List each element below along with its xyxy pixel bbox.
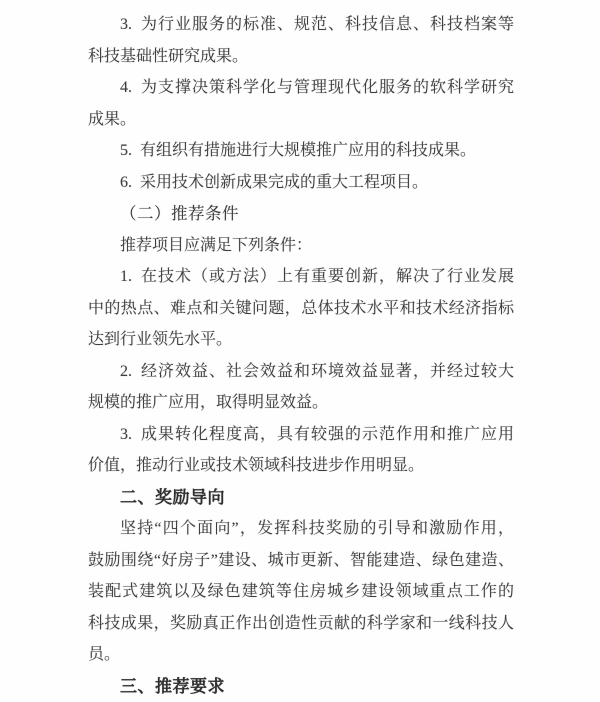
paragraph-item-6: 6. 采用技术创新成果完成的重大工程项目。 [88,167,514,199]
document-line: 科技成果，奖励真正作出创造性贡献的科学家和一线科技人 [88,608,514,640]
paragraph-item-4: 4. 为支撑决策科学化与管理现代化服务的软科学研究 成果。 [88,72,514,135]
document-line: 达到行业领先水平。 [88,324,514,356]
document-line: 1. 在技术（或方法）上有重要创新，解决了行业发展 [88,261,514,293]
paragraph-item-3: 3. 为行业服务的标准、规范、科技信息、科技档案等 科技基础性研究成果。 [88,9,514,72]
document-line: 价值，推动行业或技术领域科技进步作用明显。 [88,450,514,482]
paragraph-conditions-intro: 推荐项目应满足下列条件： [88,230,514,262]
document-line: 鼓励围绕“好房子”建设、城市更新、智能建造、绿色建造、 [88,545,514,577]
document-line: 3. 为行业服务的标准、规范、科技信息、科技档案等 [88,9,514,41]
document-line: 5. 有组织有措施进行大规模推广应用的科技成果。 [88,135,514,167]
heading-recommend-requirements: 三、推荐要求 [88,671,514,702]
paragraph-item-5: 5. 有组织有措施进行大规模推广应用的科技成果。 [88,135,514,167]
document-line: 科技基础性研究成果。 [88,41,514,73]
paragraph-award-orientation-body: 坚持“四个面向”，发挥科技奖励的引导和激励作用， 鼓励围绕“好房子”建设、城市更… [88,513,514,671]
paragraph-condition-1: 1. 在技术（或方法）上有重要创新，解决了行业发展 中的热点、难点和关键问题，总… [88,261,514,356]
paragraph-condition-2: 2. 经济效益、社会效益和环境效益显著，并经过较大 规模的推广应用，取得明显效益… [88,356,514,419]
heading-text: 二、奖励导向 [88,482,514,514]
subheading-text: （二）推荐条件 [88,198,514,230]
document-line: 3. 成果转化程度高，具有较强的示范作用和推广应用 [88,419,514,451]
document-line: 员。 [88,639,514,671]
heading-award-orientation: 二、奖励导向 [88,482,514,514]
document-line: 2. 经济效益、社会效益和环境效益显著，并经过较大 [88,356,514,388]
document-line: 中的热点、难点和关键问题，总体技术水平和技术经济指标 [88,293,514,325]
document-line: 装配式建筑以及绿色建筑等住房城乡建设领域重点工作的 [88,576,514,608]
document-line: 4. 为支撑决策科学化与管理现代化服务的软科学研究 [88,72,514,104]
heading-text: 三、推荐要求 [88,671,514,702]
subheading-recommend-conditions: （二）推荐条件 [88,198,514,230]
document-line: 推荐项目应满足下列条件： [88,230,514,262]
document-line: 规模的推广应用，取得明显效益。 [88,387,514,419]
document-page: 3. 为行业服务的标准、规范、科技信息、科技档案等 科技基础性研究成果。 4. … [0,0,600,702]
paragraph-condition-3: 3. 成果转化程度高，具有较强的示范作用和推广应用 价值，推动行业或技术领域科技… [88,419,514,482]
document-line: 成果。 [88,104,514,136]
document-line: 坚持“四个面向”，发挥科技奖励的引导和激励作用， [88,513,514,545]
document-line: 6. 采用技术创新成果完成的重大工程项目。 [88,167,514,199]
